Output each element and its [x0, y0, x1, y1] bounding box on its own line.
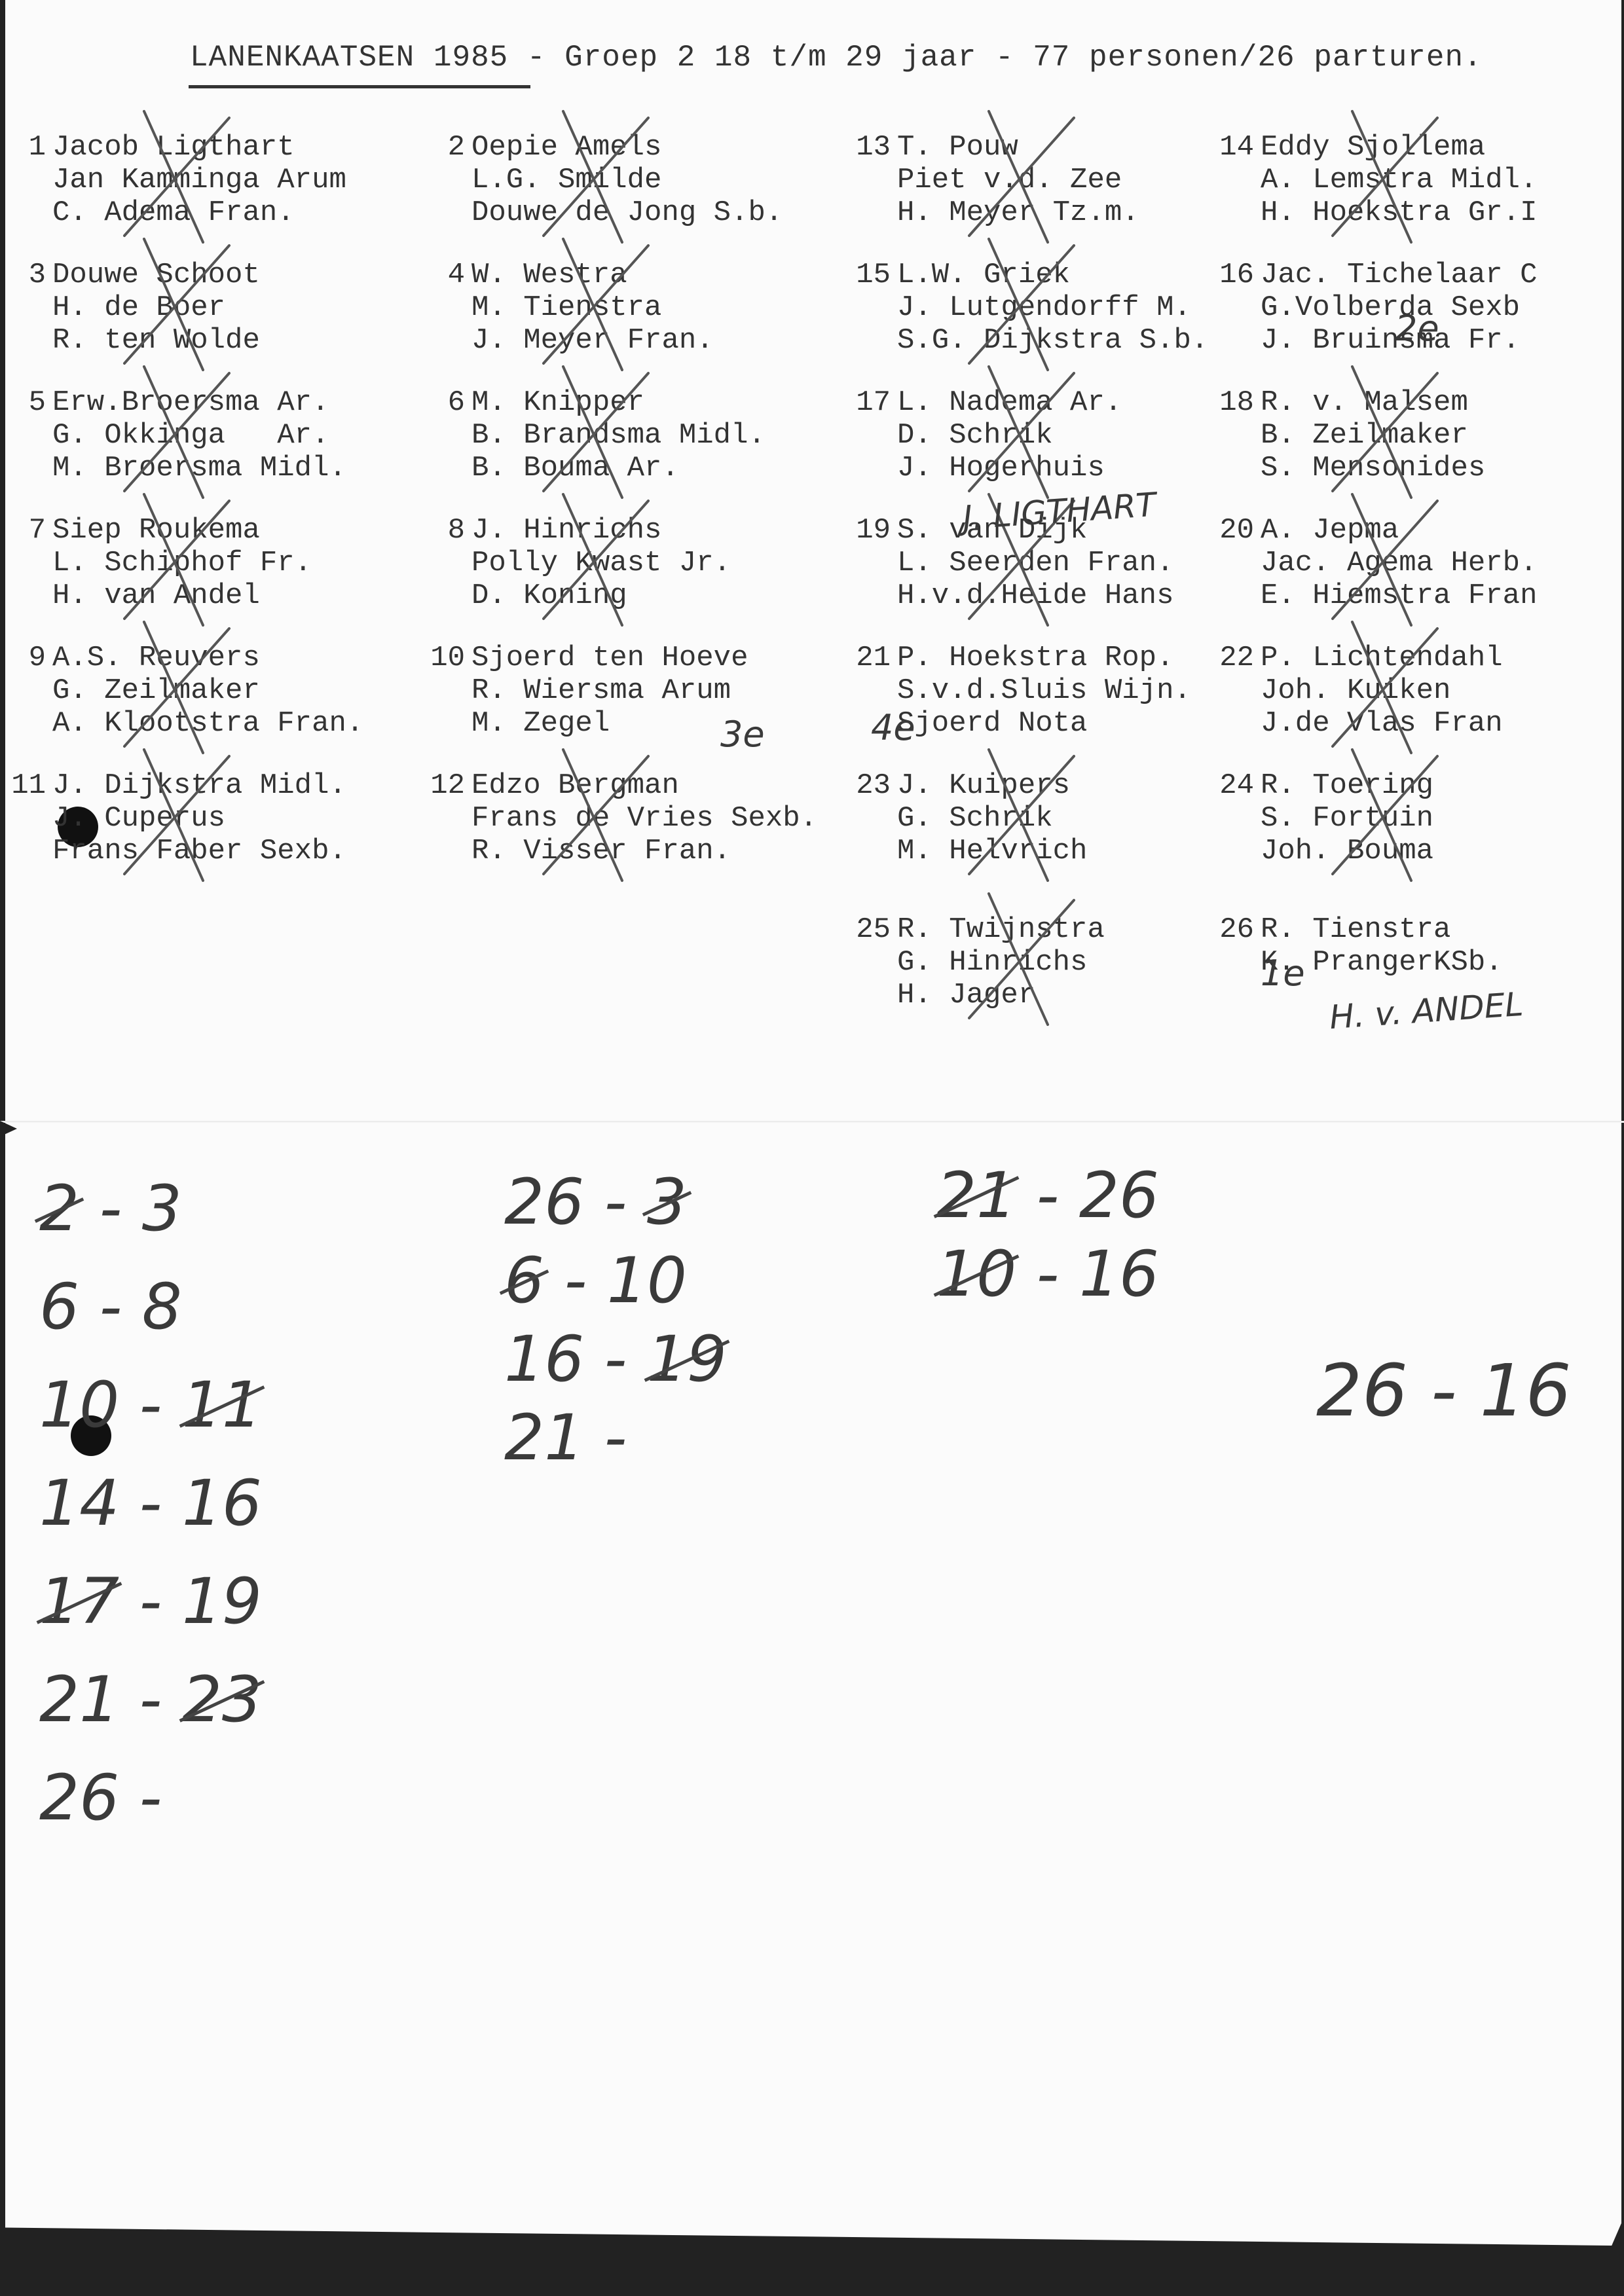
player-name: E. Hiemstra Fran [1261, 579, 1537, 612]
player-name: G. Schrik [897, 802, 1087, 835]
bracket-match: 2 - 3 [39, 1172, 182, 1245]
player-name: R. Toering [1261, 769, 1433, 802]
bracket-match: 21 - 26 [936, 1159, 1159, 1232]
match-right-team: 23 [182, 1663, 262, 1736]
player-name: R. ten Wolde [52, 324, 260, 357]
player-name: Eddy Sjollema [1261, 131, 1537, 164]
team-number: 3 [7, 259, 46, 291]
match-right-team: 26 [1079, 1159, 1159, 1232]
player-name: Joh. Kuiken [1261, 674, 1503, 707]
document-title: LANENKAATSEN 1985 - Groep 2 18 t/m 29 ja… [190, 41, 1483, 75]
team-number: 16 [1215, 259, 1254, 291]
player-name: J. Kuipers [897, 769, 1087, 802]
team-number: 6 [426, 386, 465, 419]
match-separator: - [119, 1663, 182, 1736]
match-separator: - [584, 1401, 647, 1474]
player-name: B. Zeilmaker [1261, 419, 1485, 452]
bracket-match: 21 - 23 [39, 1663, 262, 1736]
match-left-team: 21 [39, 1663, 119, 1736]
match-right-team: 3 [647, 1165, 687, 1239]
player-name: Jan Kamminga Arum [52, 164, 346, 196]
player-name: Jac. Agema Herb. [1261, 547, 1537, 579]
player-name: Joh. Bouma [1261, 835, 1433, 867]
match-separator: - [119, 1368, 182, 1442]
match-right-team: 8 [142, 1270, 182, 1343]
player-name: M. Zegel [471, 707, 748, 740]
player-name: H.v.d.Heide Hans [897, 579, 1173, 612]
match-separator: - [1016, 1237, 1079, 1311]
player-name: G. Zeilmaker [52, 674, 363, 707]
player-name: H. Hoekstra Gr.I [1261, 196, 1537, 229]
team-number: 7 [7, 514, 46, 547]
match-separator: - [584, 1322, 647, 1396]
match-separator: - [79, 1270, 142, 1343]
match-separator: - [119, 1467, 182, 1540]
match-left-team: 10 [936, 1237, 1016, 1311]
player-name: Piet v.d. Zee [897, 164, 1139, 196]
player-name: C. Adema Fran. [52, 196, 346, 229]
match-right-team: 19 [182, 1565, 262, 1638]
player-name: G. Hinrichs [897, 946, 1105, 979]
player-name: A.S. Reuvers [52, 642, 363, 674]
team-number: 1 [7, 131, 46, 164]
player-name: R. Wiersma Arum [471, 674, 748, 707]
team-number: 10 [426, 642, 465, 674]
placement-annotation: 3e [720, 714, 765, 755]
player-name: H. Jager [897, 979, 1105, 1011]
match-separator: - [119, 1565, 182, 1638]
player-name: M. Knipper [471, 386, 766, 419]
player-name: A. Klootstra Fran. [52, 707, 363, 740]
player-name: H. van Andel [52, 579, 312, 612]
player-name: Frans de Vries Sexb. [471, 802, 817, 835]
team-number: 20 [1215, 514, 1254, 547]
match-left-team: 6 [504, 1244, 544, 1317]
player-name: Erw.Broersma Ar. [52, 386, 346, 419]
team-number: 25 [851, 913, 891, 946]
player-name: J. Dijkstra Midl. [52, 769, 346, 802]
team-number: 26 [1215, 913, 1254, 946]
team-number: 22 [1215, 642, 1254, 674]
match-separator: - [1408, 1349, 1480, 1432]
player-name: S.v.d.Sluis Wijn. [897, 674, 1191, 707]
bracket-match: 21 - [504, 1401, 647, 1474]
match-left-team: 10 [39, 1368, 119, 1442]
team-number: 8 [426, 514, 465, 547]
bracket-match: 10 - 16 [936, 1237, 1159, 1311]
player-name: L. Seerden Fran. [897, 547, 1173, 579]
player-name: Douwe de Jong S.b. [471, 196, 783, 229]
bracket-match: 10 - 11 [39, 1368, 262, 1442]
player-name: Siep Roukema [52, 514, 312, 547]
match-separator: - [1016, 1159, 1079, 1232]
player-name: L. Nadema Ar. [897, 386, 1122, 419]
player-name: G. Okkinga Ar. [52, 419, 346, 452]
player-name: P. Lichtendahl [1261, 642, 1503, 674]
player-name: R. v. Malsem [1261, 386, 1485, 419]
bracket-match: 26 - [39, 1761, 182, 1834]
bracket-match: 16 - 19 [504, 1322, 727, 1396]
player-name: A. Jepma [1261, 514, 1537, 547]
match-left-team: 26 [1316, 1349, 1408, 1432]
player-name: Sjoerd ten Hoeve [471, 642, 748, 674]
player-name: Douwe Schoot [52, 259, 260, 291]
player-name: A. Lemstra Midl. [1261, 164, 1537, 196]
player-name: S. Mensonides [1261, 452, 1485, 484]
player-name: P. Hoekstra Rop. [897, 642, 1191, 674]
player-name: M. Helvrich [897, 835, 1087, 867]
player-name: B. Brandsma Midl. [471, 419, 766, 452]
bracket-match: 17 - 19 [39, 1565, 262, 1638]
player-name: L.W. Griek [897, 259, 1208, 291]
player-name: J. Cuperus [52, 802, 346, 835]
match-left-team: 17 [39, 1565, 119, 1638]
player-name: Edzo Bergman [471, 769, 817, 802]
match-left-team: 2 [39, 1172, 79, 1245]
player-name: R. Tienstra [1261, 913, 1503, 946]
bracket-match: 6 - 8 [39, 1270, 182, 1343]
team-number: 11 [7, 769, 46, 802]
bracket-match: 26 - 3 [504, 1165, 687, 1239]
match-left-team: 26 [39, 1761, 119, 1834]
player-name: L. Schiphof Fr. [52, 547, 312, 579]
player-name: J. Hinrichs [471, 514, 731, 547]
player-name: Polly Kwast Jr. [471, 547, 731, 579]
team-number: 17 [851, 386, 891, 419]
match-right-team: 16 [1079, 1237, 1159, 1311]
team-number: 24 [1215, 769, 1254, 802]
player-name: D. Schrik [897, 419, 1122, 452]
player-name: D. Koning [471, 579, 731, 612]
player-name: S.G. Dijkstra S.b. [897, 324, 1208, 357]
match-right-team: 3 [142, 1172, 182, 1245]
player-name: W. Westra [471, 259, 714, 291]
team-number: 14 [1215, 131, 1254, 164]
player-name: Frans Faber Sexb. [52, 835, 346, 867]
player-name: Oepie Amels [471, 131, 783, 164]
match-separator: - [79, 1172, 142, 1245]
player-name: J.de Vlas Fran [1261, 707, 1503, 740]
placement-annotation: 4e [871, 707, 915, 748]
player-name: H. de Boer [52, 291, 260, 324]
player-name: H. Meyer Tz.m. [897, 196, 1139, 229]
match-separator: - [119, 1761, 182, 1834]
title-underline [189, 85, 530, 88]
player-name: R. Twijnstra [897, 913, 1105, 946]
player-name: B. Bouma Ar. [471, 452, 766, 484]
player-name: J. Meyer Fran. [471, 324, 714, 357]
player-name: J. Hogerhuis [897, 452, 1122, 484]
match-right-team: 16 [1480, 1349, 1572, 1432]
bracket-match: 6 - 10 [504, 1244, 687, 1317]
paper-notch [0, 1121, 17, 1137]
team-number: 13 [851, 131, 891, 164]
placement-annotation: 1e [1261, 953, 1305, 994]
match-separator: - [544, 1244, 607, 1317]
team-number: 23 [851, 769, 891, 802]
player-name: T. Pouw [897, 131, 1139, 164]
team-number: 9 [7, 642, 46, 674]
match-separator: - [584, 1165, 647, 1239]
player-name: S. Fortuin [1261, 802, 1433, 835]
team-number: 21 [851, 642, 891, 674]
bracket-match: 14 - 16 [39, 1467, 262, 1540]
match-left-team: 21 [504, 1401, 584, 1474]
player-name: M. Broersma Midl. [52, 452, 346, 484]
match-left-team: 6 [39, 1270, 79, 1343]
player-name: Sjoerd Nota [897, 707, 1191, 740]
player-name: Jac. Tichelaar C [1261, 259, 1537, 291]
team-number: 5 [7, 386, 46, 419]
match-right-team: 16 [182, 1467, 262, 1540]
match-left-team: 26 [504, 1165, 584, 1239]
placement-annotation: 2e [1395, 308, 1439, 349]
team-number: 12 [426, 769, 465, 802]
match-left-team: 14 [39, 1467, 119, 1540]
player-name: R. Visser Fran. [471, 835, 817, 867]
player-name: L.G. Smilde [471, 164, 783, 196]
match-right-team: 10 [607, 1244, 687, 1317]
paper-fold [0, 1121, 1624, 1123]
bracket-match: 26 - 16 [1316, 1349, 1572, 1432]
match-left-team: 21 [936, 1159, 1016, 1232]
match-right-team: 19 [647, 1322, 727, 1396]
player-name: J. Lutgendorff M. [897, 291, 1208, 324]
team-number: 15 [851, 259, 891, 291]
team-number: 4 [426, 259, 465, 291]
team-number: 19 [851, 514, 891, 547]
match-right-team: 11 [182, 1368, 262, 1442]
player-name: Jacob Ligthart [52, 131, 346, 164]
player-name: M. Tienstra [471, 291, 714, 324]
team-number: 18 [1215, 386, 1254, 419]
match-left-team: 16 [504, 1322, 584, 1396]
team-number: 2 [426, 131, 465, 164]
